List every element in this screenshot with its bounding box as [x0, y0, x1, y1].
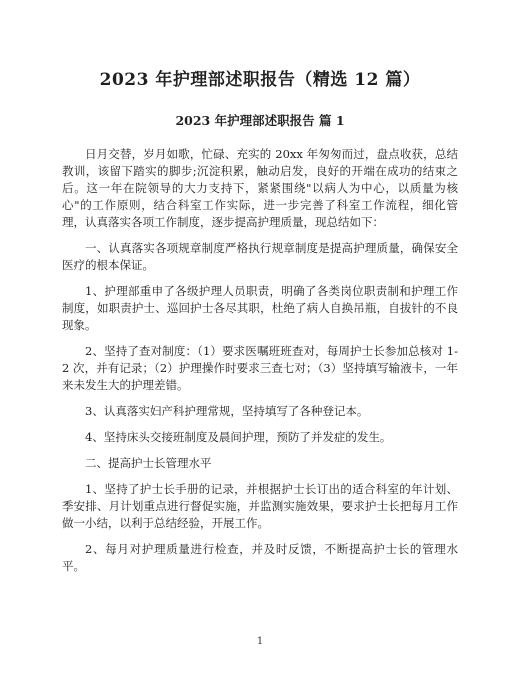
paragraph-section-2: 二、提高护士长管理水平 — [62, 455, 458, 472]
paragraph-item-2-1: 1、坚持了护士长手册的记录，并根据护士长订出的适合科室的年计划、季安排、月计划重… — [62, 481, 458, 532]
document-body: 日月交替，岁月如歌，忙碌、充实的 20xx 年匆匆而过，盘点收获，总结教训，该留… — [62, 146, 458, 575]
paragraph-item-2-2: 2、每月对护理质量进行检查，并及时反馈，不断提高护士长的管理水平。 — [62, 541, 458, 575]
paragraph-section-1: 一、认真落实各项规章制度严格执行规章制度是提高护理质量，确保安全医疗的根本保证。 — [62, 240, 458, 274]
paragraph-item-1-4: 4、坚持床头交接班制度及晨间护理，预防了并发症的发生。 — [62, 429, 458, 446]
paragraph-item-1-2: 2、坚持了查对制度：（1）要求医嘱班班查对，每周护士长参加总核对 1-2 次，并… — [62, 343, 458, 394]
document-page: 2023 年护理部述职报告（精选 12 篇） 2023 年护理部述职报告 篇 1… — [0, 0, 520, 673]
document-content: 2023 年护理部述职报告（精选 12 篇） 2023 年护理部述职报告 篇 1… — [0, 0, 520, 575]
paragraph-item-1-1: 1、护理部重申了各级护理人员职责，明确了各类岗位职责制和护理工作制度，如职责护士… — [62, 283, 458, 334]
paragraph-intro: 日月交替，岁月如歌，忙碌、充实的 20xx 年匆匆而过，盘点收获，总结教训，该留… — [62, 146, 458, 231]
page-number: 1 — [0, 636, 520, 647]
paragraph-item-1-3: 3、认真落实妇产科护理常规，坚持填写了各种登记本。 — [62, 403, 458, 420]
section-subtitle: 2023 年护理部述职报告 篇 1 — [62, 113, 458, 129]
document-title: 2023 年护理部述职报告（精选 12 篇） — [62, 68, 458, 92]
